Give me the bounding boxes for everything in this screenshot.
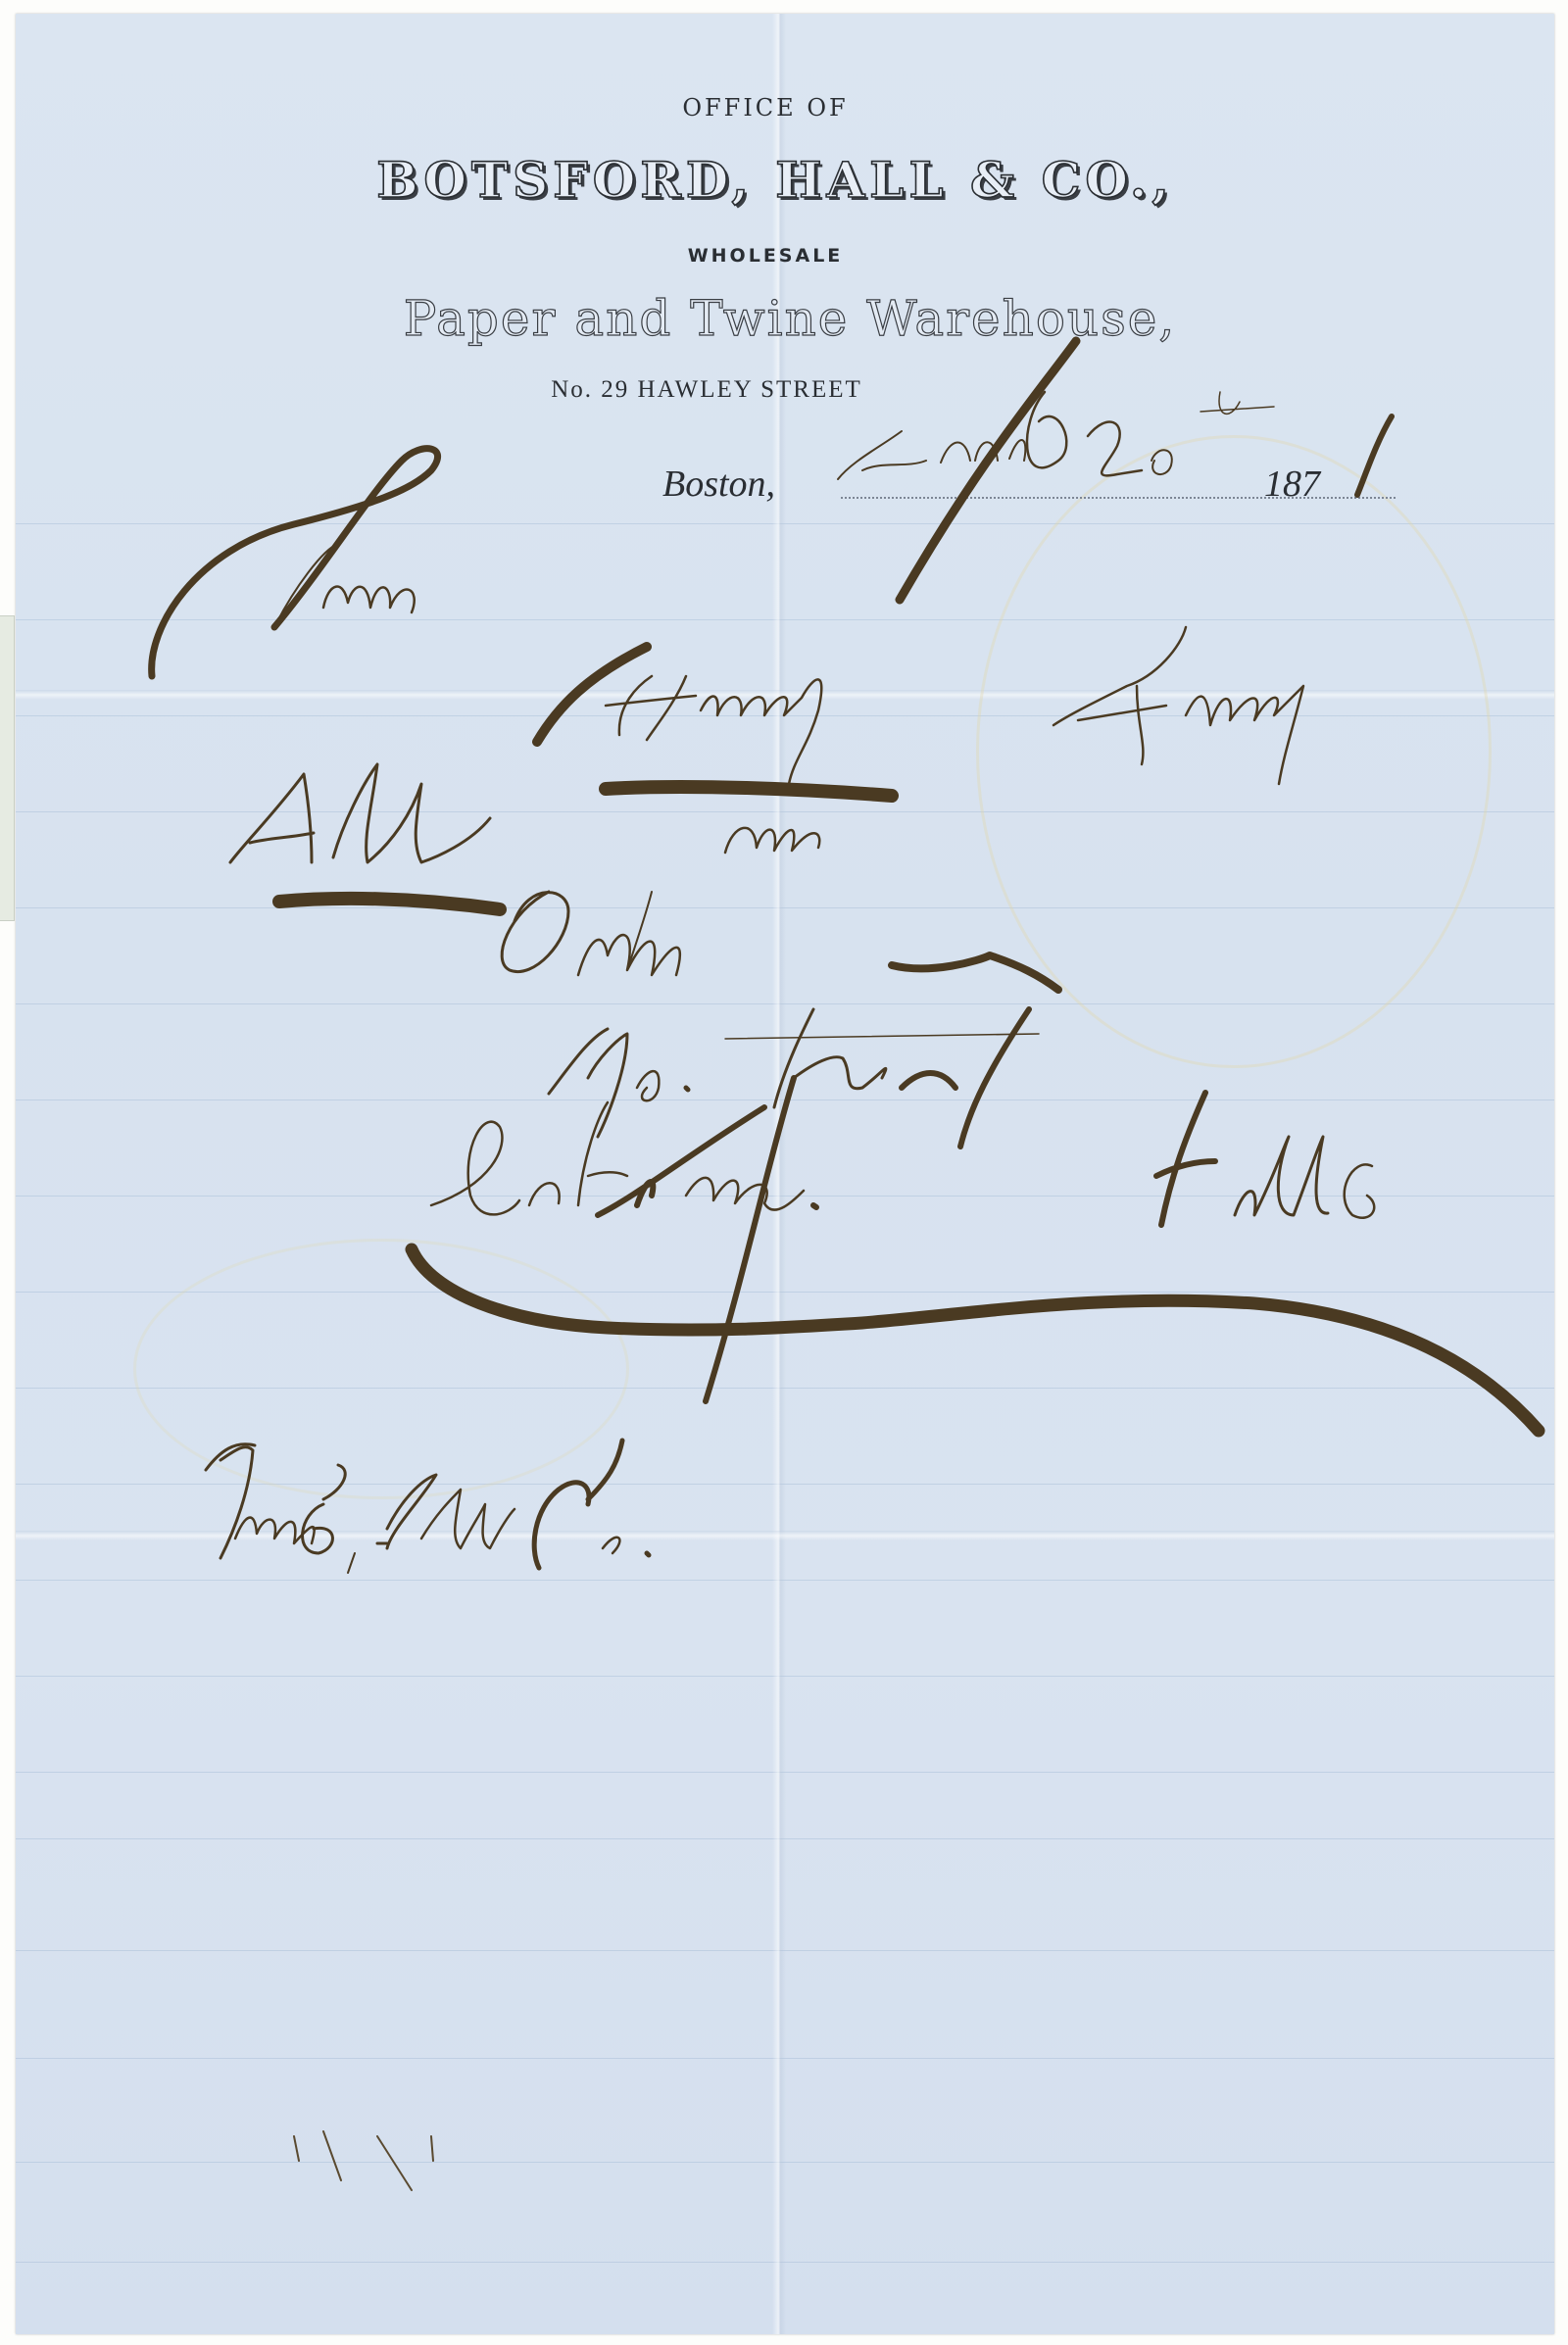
handwritten-date <box>838 341 1392 600</box>
signature-flourish <box>412 1249 1539 1431</box>
handwritten-addressee <box>206 1441 649 1573</box>
ink-specks <box>294 2131 433 2190</box>
handwritten-salutation <box>152 449 438 676</box>
handwritten-line-orders <box>502 892 1058 990</box>
handwritten-signature <box>431 1078 1374 1401</box>
handwritten-line-hurry-along <box>537 627 1303 784</box>
handwritten-line-our <box>606 787 892 853</box>
handwritten-line-all <box>230 764 500 909</box>
handwriting-layer <box>0 0 1568 2345</box>
